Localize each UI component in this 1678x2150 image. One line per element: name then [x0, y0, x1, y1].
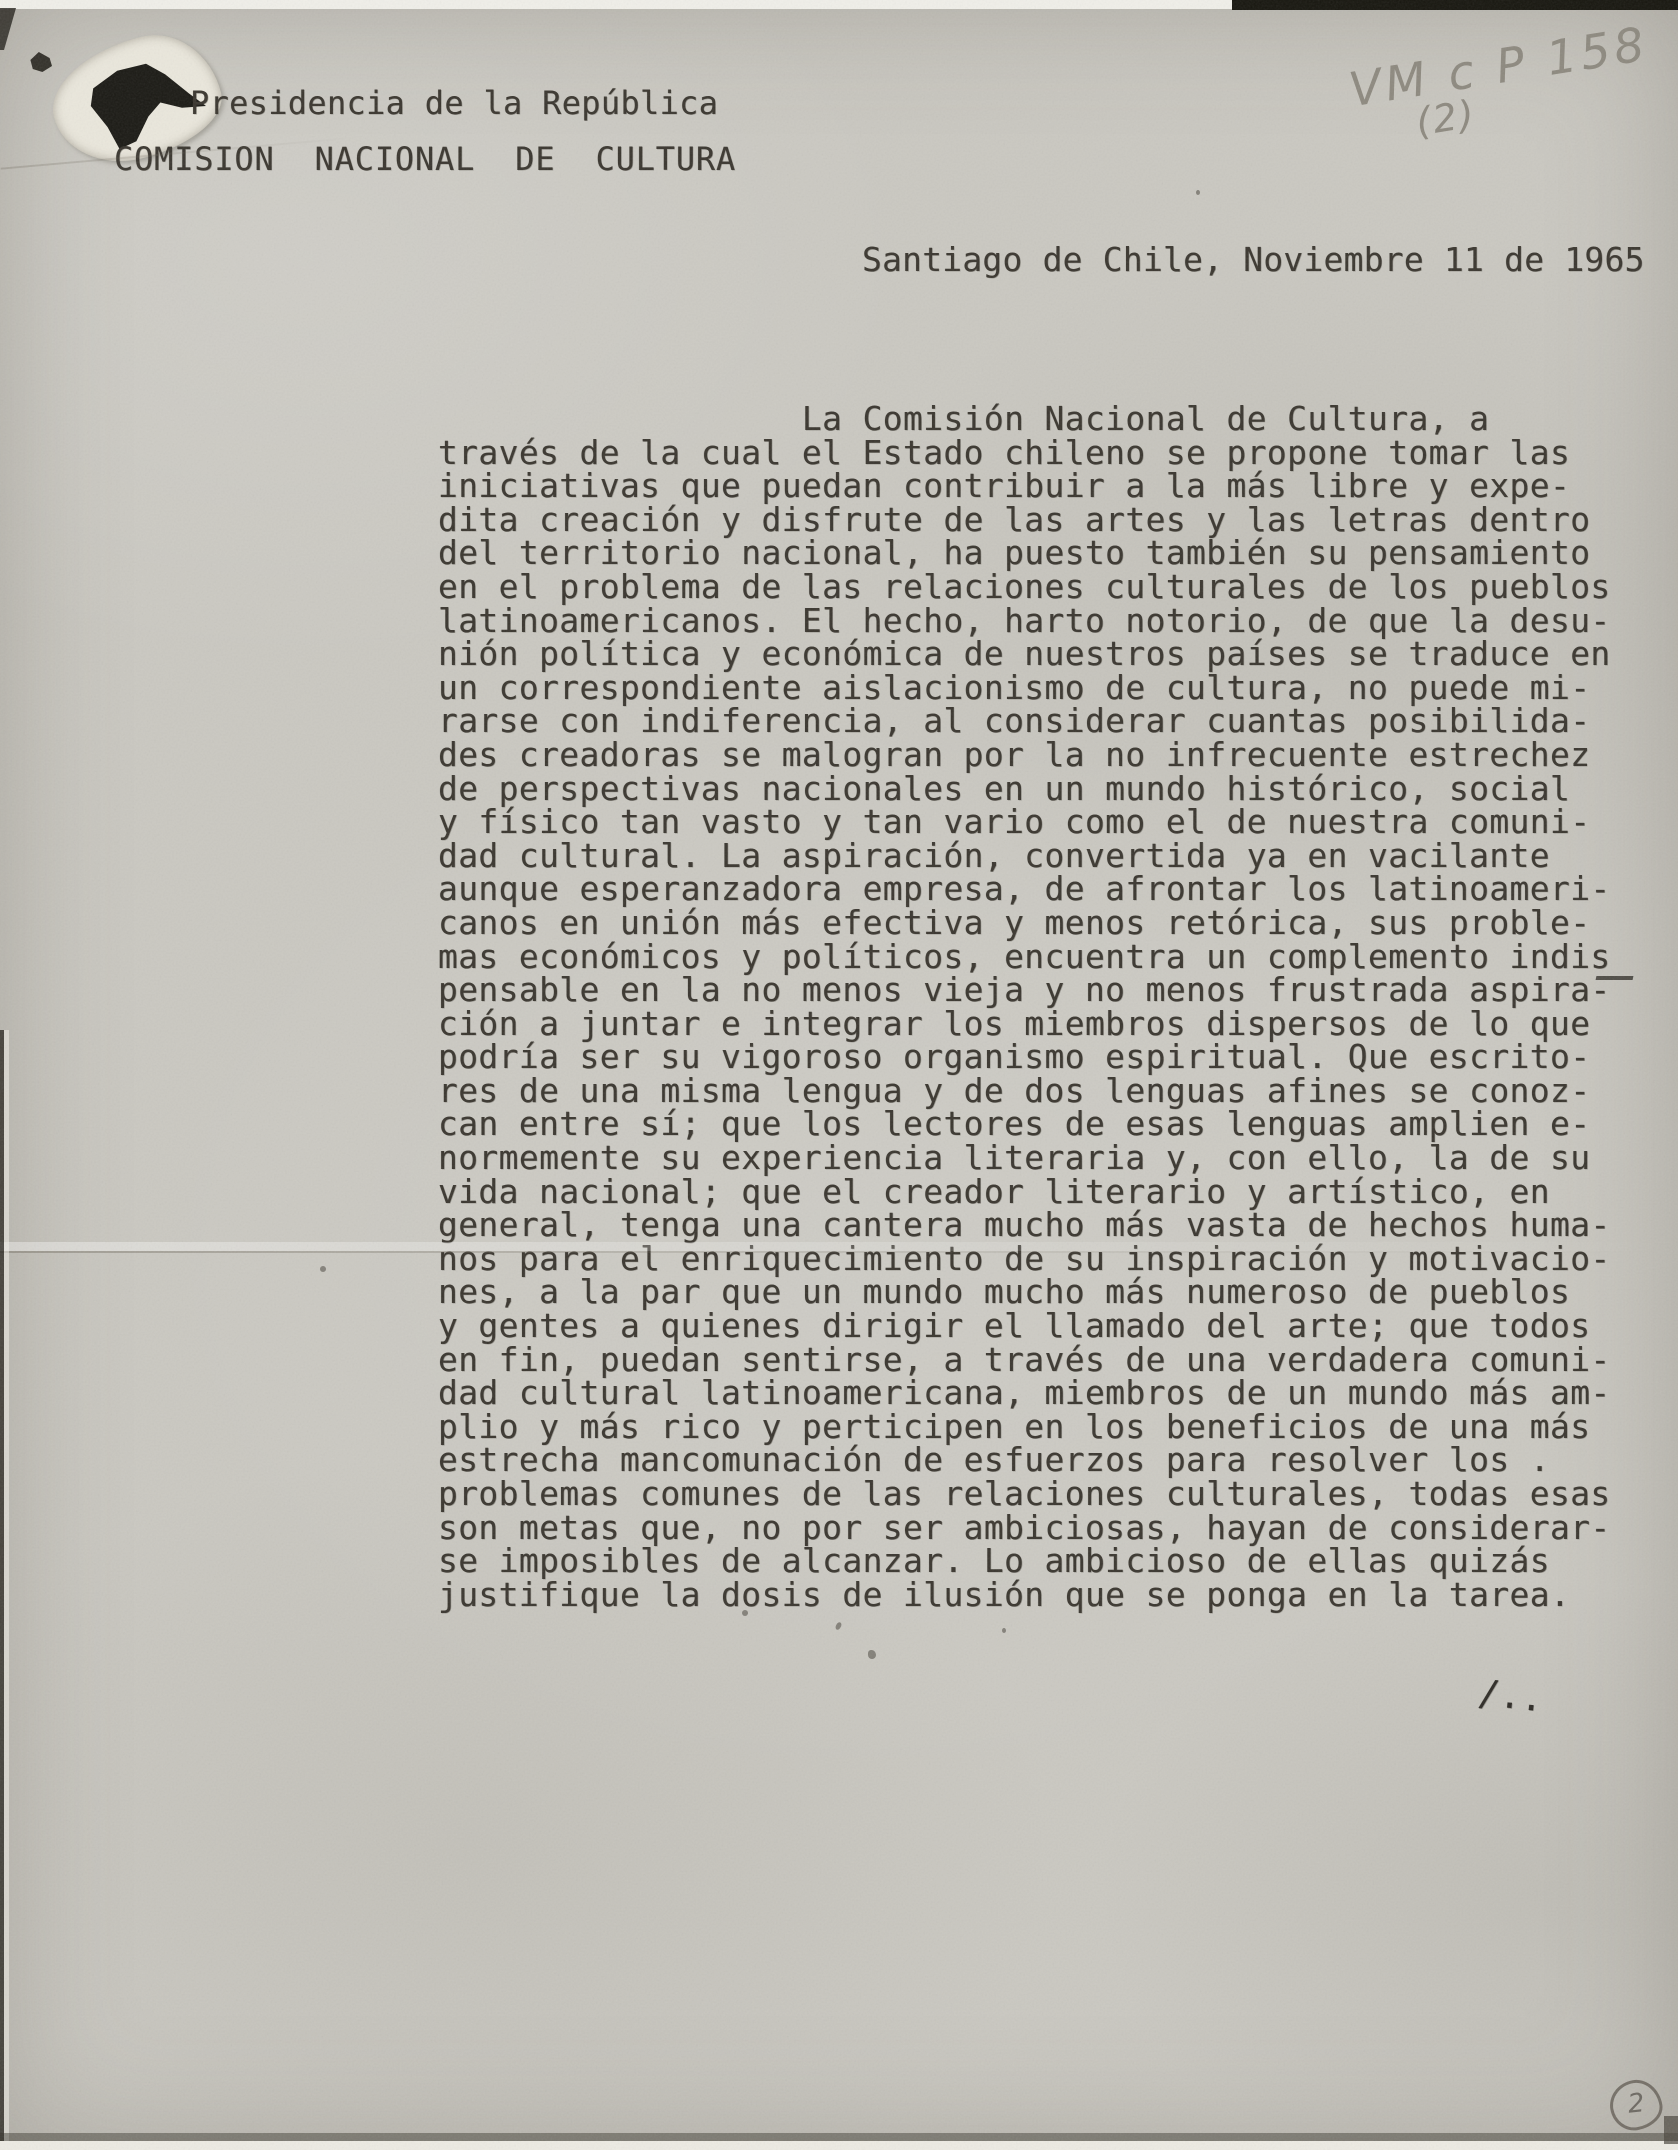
paper-speck: [1002, 1628, 1006, 1633]
scan-corner-bottom-right: [1664, 2116, 1678, 2144]
letterhead-line2: COMISION NACIONAL DE CULTURA: [114, 140, 736, 178]
handwritten-archival-subnumber: (2): [1413, 92, 1479, 145]
scan-edge-top-dark: [1232, 0, 1678, 10]
scan-corner-top-left: [0, 8, 16, 50]
paper-speck: [868, 1650, 876, 1659]
dateline: Santiago de Chile, Noviembre 11 de 1965: [862, 240, 1645, 279]
scan-edge-top-light: [0, 0, 1246, 9]
fold-crease-wash: [0, 1242, 1678, 1251]
letterhead-line1: Presidencia de la República: [190, 84, 718, 122]
circled-page-number: 2: [1606, 2076, 1666, 2134]
paper-speck: [1196, 190, 1200, 195]
letter-body: La Comisión Nacional de Cultura, a travé…: [438, 402, 1611, 1611]
scan-edge-left-light: [4, 1030, 9, 2150]
handwritten-archival-code: VM c P 158: [1346, 17, 1652, 118]
scanned-letter-page: Presidencia de la República COMISION NAC…: [0, 0, 1678, 2150]
paper-speck: [834, 1621, 842, 1630]
scan-edge-bottom-dark: [0, 2133, 1678, 2141]
paper-speck: [742, 1610, 748, 1616]
fold-crease-line: [0, 1251, 1678, 1253]
paper-speck: [320, 1266, 326, 1272]
scan-edge-bottom-light: [0, 2141, 1678, 2150]
typed-underline-mark: [1596, 976, 1634, 980]
page-number-glyph: 2: [1626, 2088, 1646, 2120]
continuation-mark: /..: [1476, 1673, 1545, 1721]
ink-speck: [28, 52, 52, 72]
